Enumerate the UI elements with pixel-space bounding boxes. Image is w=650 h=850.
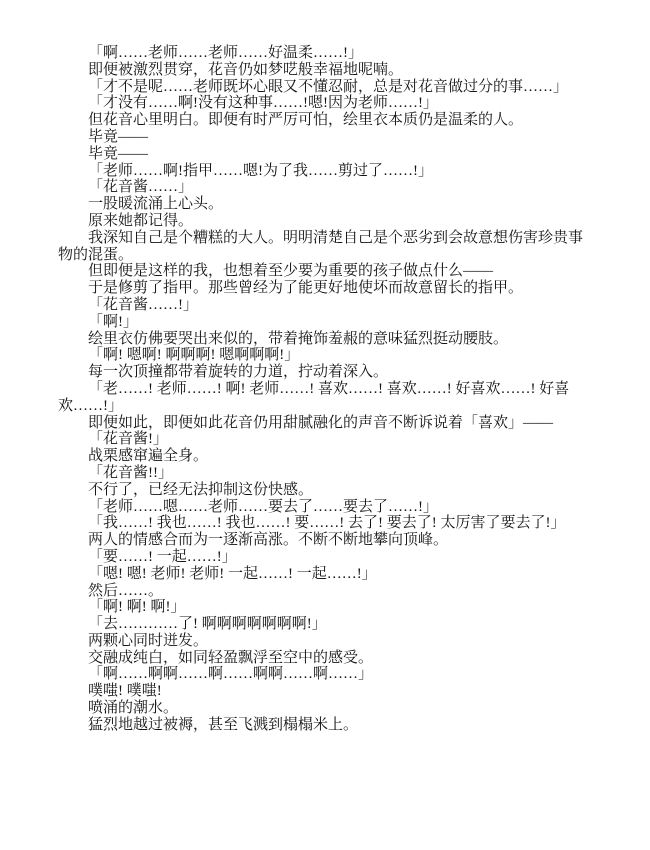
paragraph-line: 「要……! 一起……!」 <box>58 549 593 566</box>
paragraph-line: 两人的情感合而为一逐渐高涨。不断不断地攀向顶峰。 <box>58 532 593 549</box>
paragraph-line: 原来她都记得。 <box>58 213 593 230</box>
paragraph-line: 交融成纯白，如同轻盈飘浮至空中的感受。 <box>58 650 593 667</box>
paragraph-line: 「啊……老师……老师……好温柔……!」 <box>58 45 593 62</box>
paragraph-line: 「才没有……啊!没有这种事……!嗯!因为老师……!」 <box>58 95 593 112</box>
paragraph-line: 「老师……嗯……老师……要去了……要去了……!」 <box>58 499 593 516</box>
paragraph-line: 「啊! 嗯啊! 啊啊啊! 嗯啊啊啊!」 <box>58 347 593 364</box>
paragraph-line: 战栗感窜遍全身。 <box>58 448 593 465</box>
paragraph-line: 「去…………了! 啊啊啊啊啊啊啊!」 <box>58 616 593 633</box>
paragraph-line: 即便如此，即便如此花音仍用甜腻融化的声音不断诉说着「喜欢」—— <box>58 415 593 432</box>
paragraph-line: 一股暖流涌上心头。 <box>58 196 593 213</box>
paragraph-line: 「嗯! 嗯! 老师! 老师! 一起……! 一起……!」 <box>58 566 593 583</box>
paragraph-line: 喷涌的潮水。 <box>58 700 593 717</box>
paragraph-line: 不行了，已经无法抑制这份快感。 <box>58 482 593 499</box>
paragraph-line: 猛烈地越过被褥，甚至飞溅到榻榻米上。 <box>58 717 593 734</box>
paragraph-line: 每一次顶撞都带着旋转的力道，拧动着深入。 <box>58 364 593 381</box>
paragraph-line: 「才不是呢……老师既坏心眼又不懂忍耐，总是对花音做过分的事……」 <box>58 79 593 96</box>
paragraph-line: 「啊! 啊! 啊!」 <box>58 599 593 616</box>
paragraph-line: 即便被激烈贯穿，花音仍如梦呓般幸福地呢喃。 <box>58 62 593 79</box>
paragraph-line: 但花音心里明白。即便有时严厉可怕，绘里衣本质仍是温柔的人。 <box>58 112 593 129</box>
document-page: 「啊……老师……老师……好温柔……!」即便被激烈贯穿，花音仍如梦呓般幸福地呢喃。… <box>0 0 650 850</box>
paragraph-line: 毕竟—— <box>58 129 593 146</box>
paragraph-line: 噗嗤! 噗嗤! <box>58 683 593 700</box>
paragraph-line: 两颗心同时迸发。 <box>58 633 593 650</box>
paragraph-line: 于是修剪了指甲。那些曾经为了能更好地使坏而故意留长的指甲。 <box>58 280 593 297</box>
paragraph-line: 「花音酱……」 <box>58 179 593 196</box>
paragraph-line: 「花音酱……!」 <box>58 297 593 314</box>
paragraph-line: 「啊……啊啊……啊……啊啊……啊……」 <box>58 666 593 683</box>
paragraph-line: 「花音酱!!」 <box>58 465 593 482</box>
paragraph-line: 我深知自己是个糟糕的大人。明明清楚自己是个恶劣到会故意想伤害珍贵事物的混蛋。 <box>58 230 593 264</box>
paragraph-line: 「我……! 我也……! 我也……! 要……! 去了! 要去了! 太厉害了要去了!… <box>58 515 593 532</box>
paragraph-line: 「老师……啊!指甲……嗯!为了我……剪过了……!」 <box>58 163 593 180</box>
paragraph-line: 「老……! 老师……! 啊! 老师……! 喜欢……! 喜欢……! 好喜欢……! … <box>58 381 593 415</box>
novel-text-block: 「啊……老师……老师……好温柔……!」即便被激烈贯穿，花音仍如梦呓般幸福地呢喃。… <box>58 45 593 734</box>
paragraph-line: 但即便是这样的我，也想着至少要为重要的孩子做点什么—— <box>58 263 593 280</box>
paragraph-line: 然后……。 <box>58 583 593 600</box>
paragraph-line: 绘里衣仿佛要哭出来似的，带着掩饰羞赧的意味猛烈挺动腰肢。 <box>58 331 593 348</box>
paragraph-line: 毕竟—— <box>58 146 593 163</box>
paragraph-line: 「啊!」 <box>58 314 593 331</box>
paragraph-line: 「花音酱!」 <box>58 431 593 448</box>
